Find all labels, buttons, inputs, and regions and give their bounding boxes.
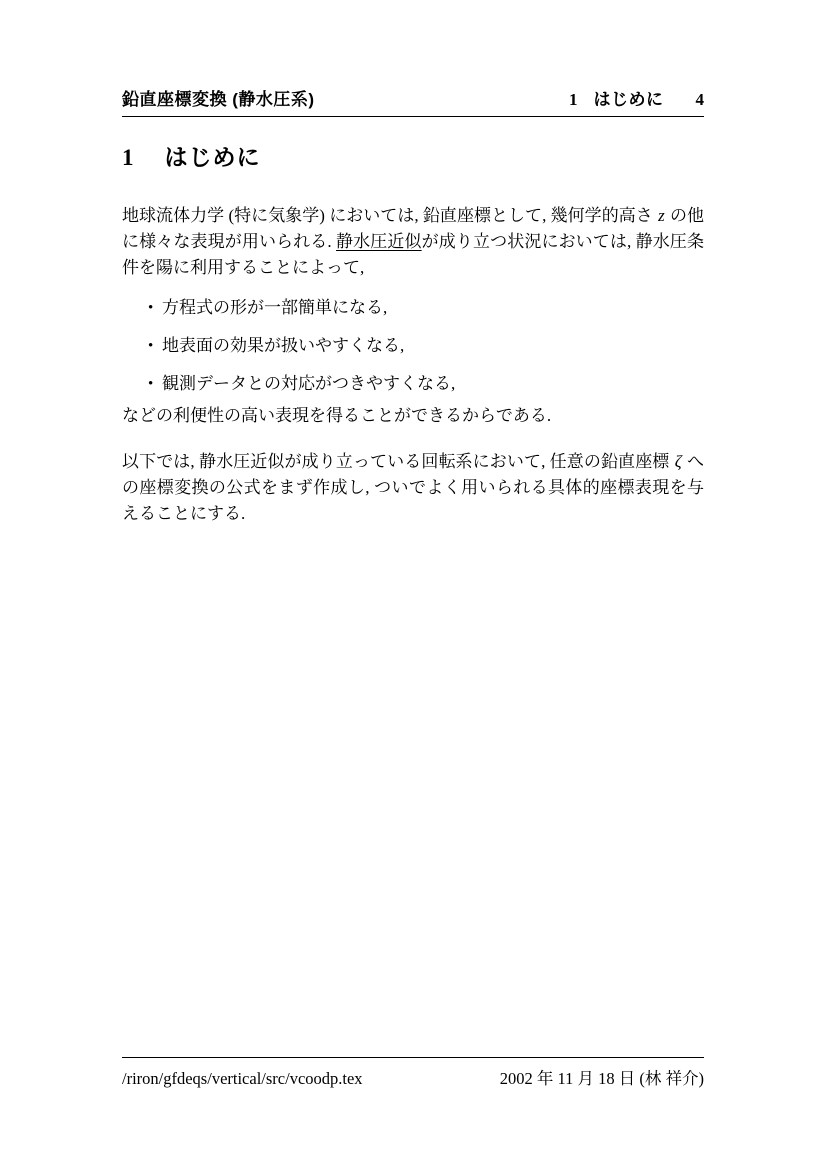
document-page: 鉛直座標変換 (静水圧系) 1 はじめに 4 1 はじめに 地球流体力学 (特に… xyxy=(0,0,826,1169)
header-section-title: はじめに xyxy=(594,85,664,110)
header-document-title: 鉛直座標変換 (静水圧系) xyxy=(122,85,315,110)
list-item-text: 観測データとの対応がつきやすくなる, xyxy=(162,371,455,397)
section-title: はじめに xyxy=(165,139,261,172)
list-item-text: 方程式の形が一部簡単になる, xyxy=(162,295,387,321)
math-variable-zeta: ζ xyxy=(674,452,683,471)
list-item-text: 地表面の効果が扱いやすくなる, xyxy=(162,333,404,359)
header-page-number: 4 xyxy=(696,90,705,110)
header-section-number: 1 xyxy=(569,90,578,110)
paragraph-conclusion: などの利便性の高い表現を得ることができるからである. xyxy=(122,403,704,429)
footer-file-path: /riron/gfdeqs/vertical/src/vcoodp.tex xyxy=(122,1069,363,1089)
bullet-icon: • xyxy=(148,333,162,359)
page-header: 鉛直座標変換 (静水圧系) 1 はじめに 4 xyxy=(122,85,704,117)
footer-date-author: 2002 年 11 月 18 日 (林 祥介) xyxy=(500,1065,704,1089)
paragraph-intro-text-a: 地球流体力学 (特に気象学) においては, 鉛直座標として, 幾何学的高さ xyxy=(122,206,657,225)
list-item: • 地表面の効果が扱いやすくなる, xyxy=(122,333,704,359)
header-section-reference: 1 はじめに 4 xyxy=(569,85,704,110)
page-footer: /riron/gfdeqs/vertical/src/vcoodp.tex 20… xyxy=(122,1057,704,1089)
bullet-icon: • xyxy=(148,371,162,397)
paragraph-intro: 地球流体力学 (特に気象学) においては, 鉛直座標として, 幾何学的高さ z … xyxy=(122,203,704,281)
list-item: • 観測データとの対応がつきやすくなる, xyxy=(122,371,704,397)
benefit-list: • 方程式の形が一部簡単になる, • 地表面の効果が扱いやすくなる, • 観測デ… xyxy=(122,295,704,397)
body-content: 地球流体力学 (特に気象学) においては, 鉛直座標として, 幾何学的高さ z … xyxy=(122,203,704,527)
underlined-term-hydrostatic-approximation: 静水圧近似 xyxy=(336,232,422,251)
section-heading: 1 はじめに xyxy=(122,139,261,172)
math-variable-z: z xyxy=(657,206,666,225)
bullet-icon: • xyxy=(148,295,162,321)
section-number: 1 xyxy=(122,145,134,171)
paragraph-outline-text-a: 以下では, 静水圧近似が成り立っている回転系において, 任意の鉛直座標 xyxy=(122,452,674,471)
list-item: • 方程式の形が一部簡単になる, xyxy=(122,295,704,321)
paragraph-outline: 以下では, 静水圧近似が成り立っている回転系において, 任意の鉛直座標 ζ への… xyxy=(122,449,704,527)
